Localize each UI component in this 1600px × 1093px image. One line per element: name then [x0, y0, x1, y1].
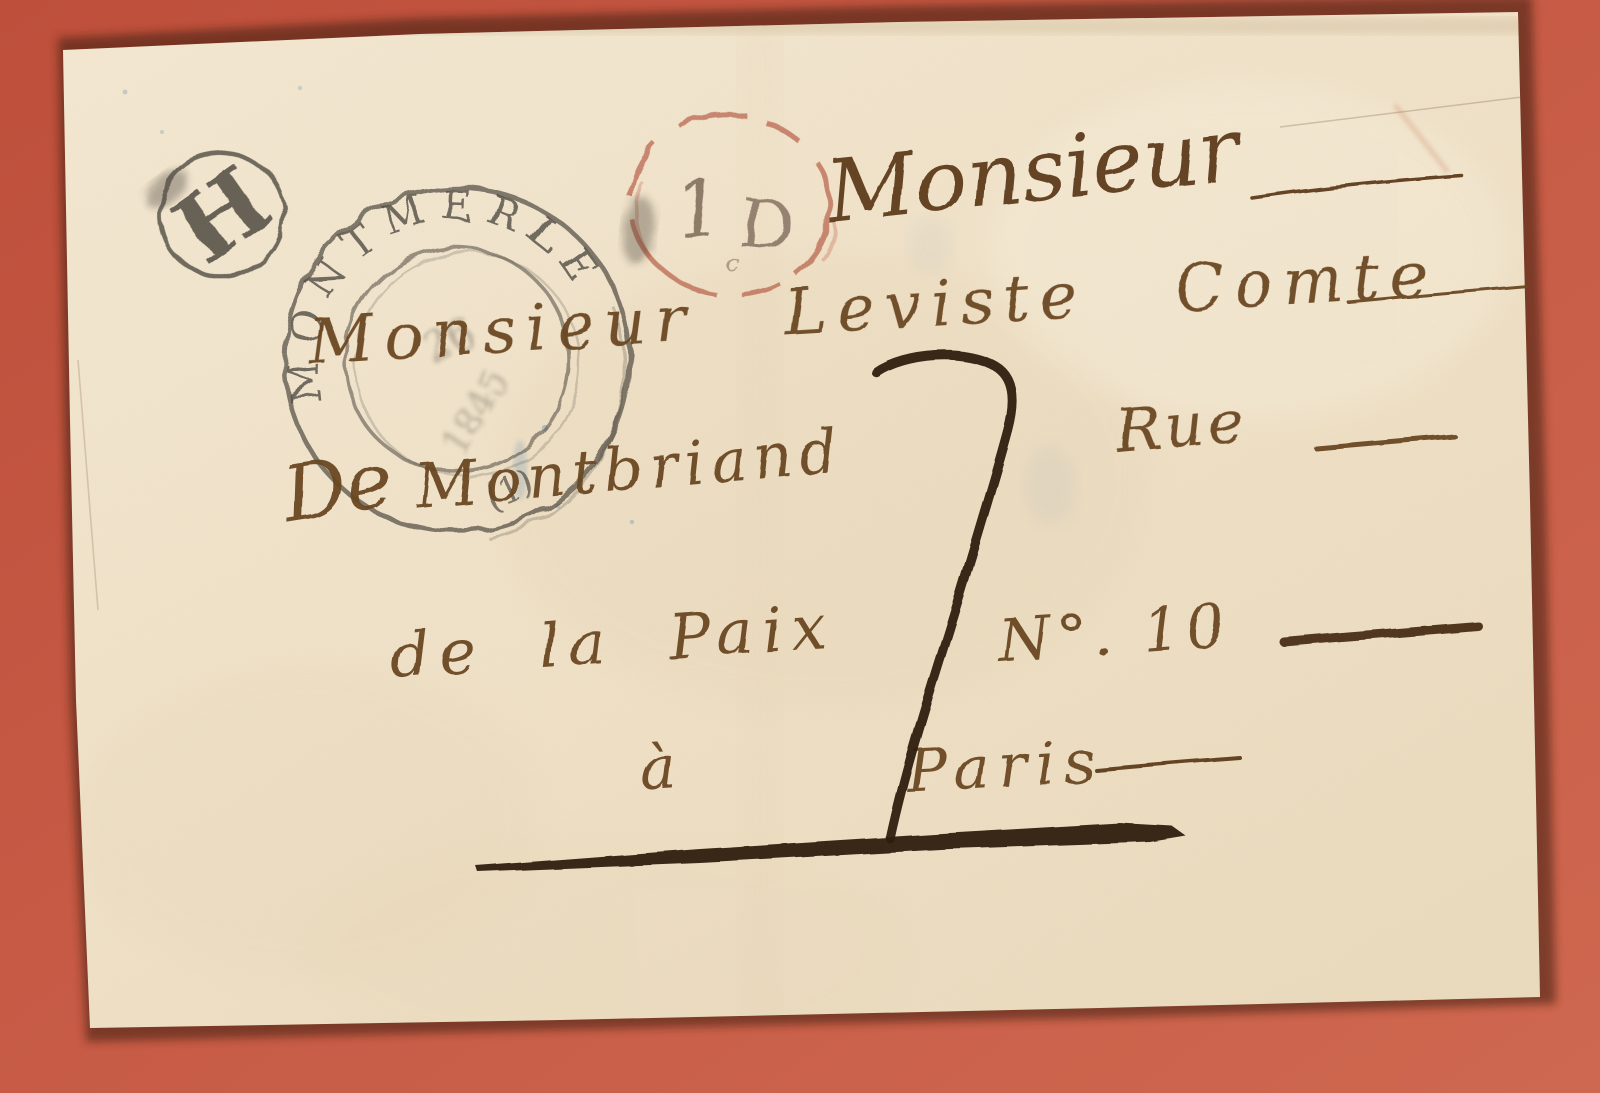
- paper-texture-group: [40, 0, 1560, 1070]
- folded-letter-photograph: H MONTMERLE (1) 26 1845 1 D c Monsieur M…: [0, 0, 1600, 1093]
- address-paris: Paris: [904, 727, 1106, 807]
- blue-speck: [630, 520, 634, 524]
- auction-photo-scene: H MONTMERLE (1) 26 1845 1 D c Monsieur M…: [0, 0, 1600, 1093]
- decime-sub-letter: c: [725, 249, 743, 280]
- decime-numeral: 1: [671, 164, 728, 258]
- address-a: à: [638, 733, 679, 805]
- blue-speck: [160, 130, 164, 134]
- blue-speck: [123, 90, 128, 95]
- decime-letter: D: [735, 183, 797, 267]
- blue-speck: [298, 86, 302, 90]
- center-fold-shading: [740, 20, 780, 1020]
- blue-smudge: [1024, 445, 1076, 525]
- address-de: De: [275, 435, 398, 541]
- address-rue: Rue: [1112, 386, 1250, 467]
